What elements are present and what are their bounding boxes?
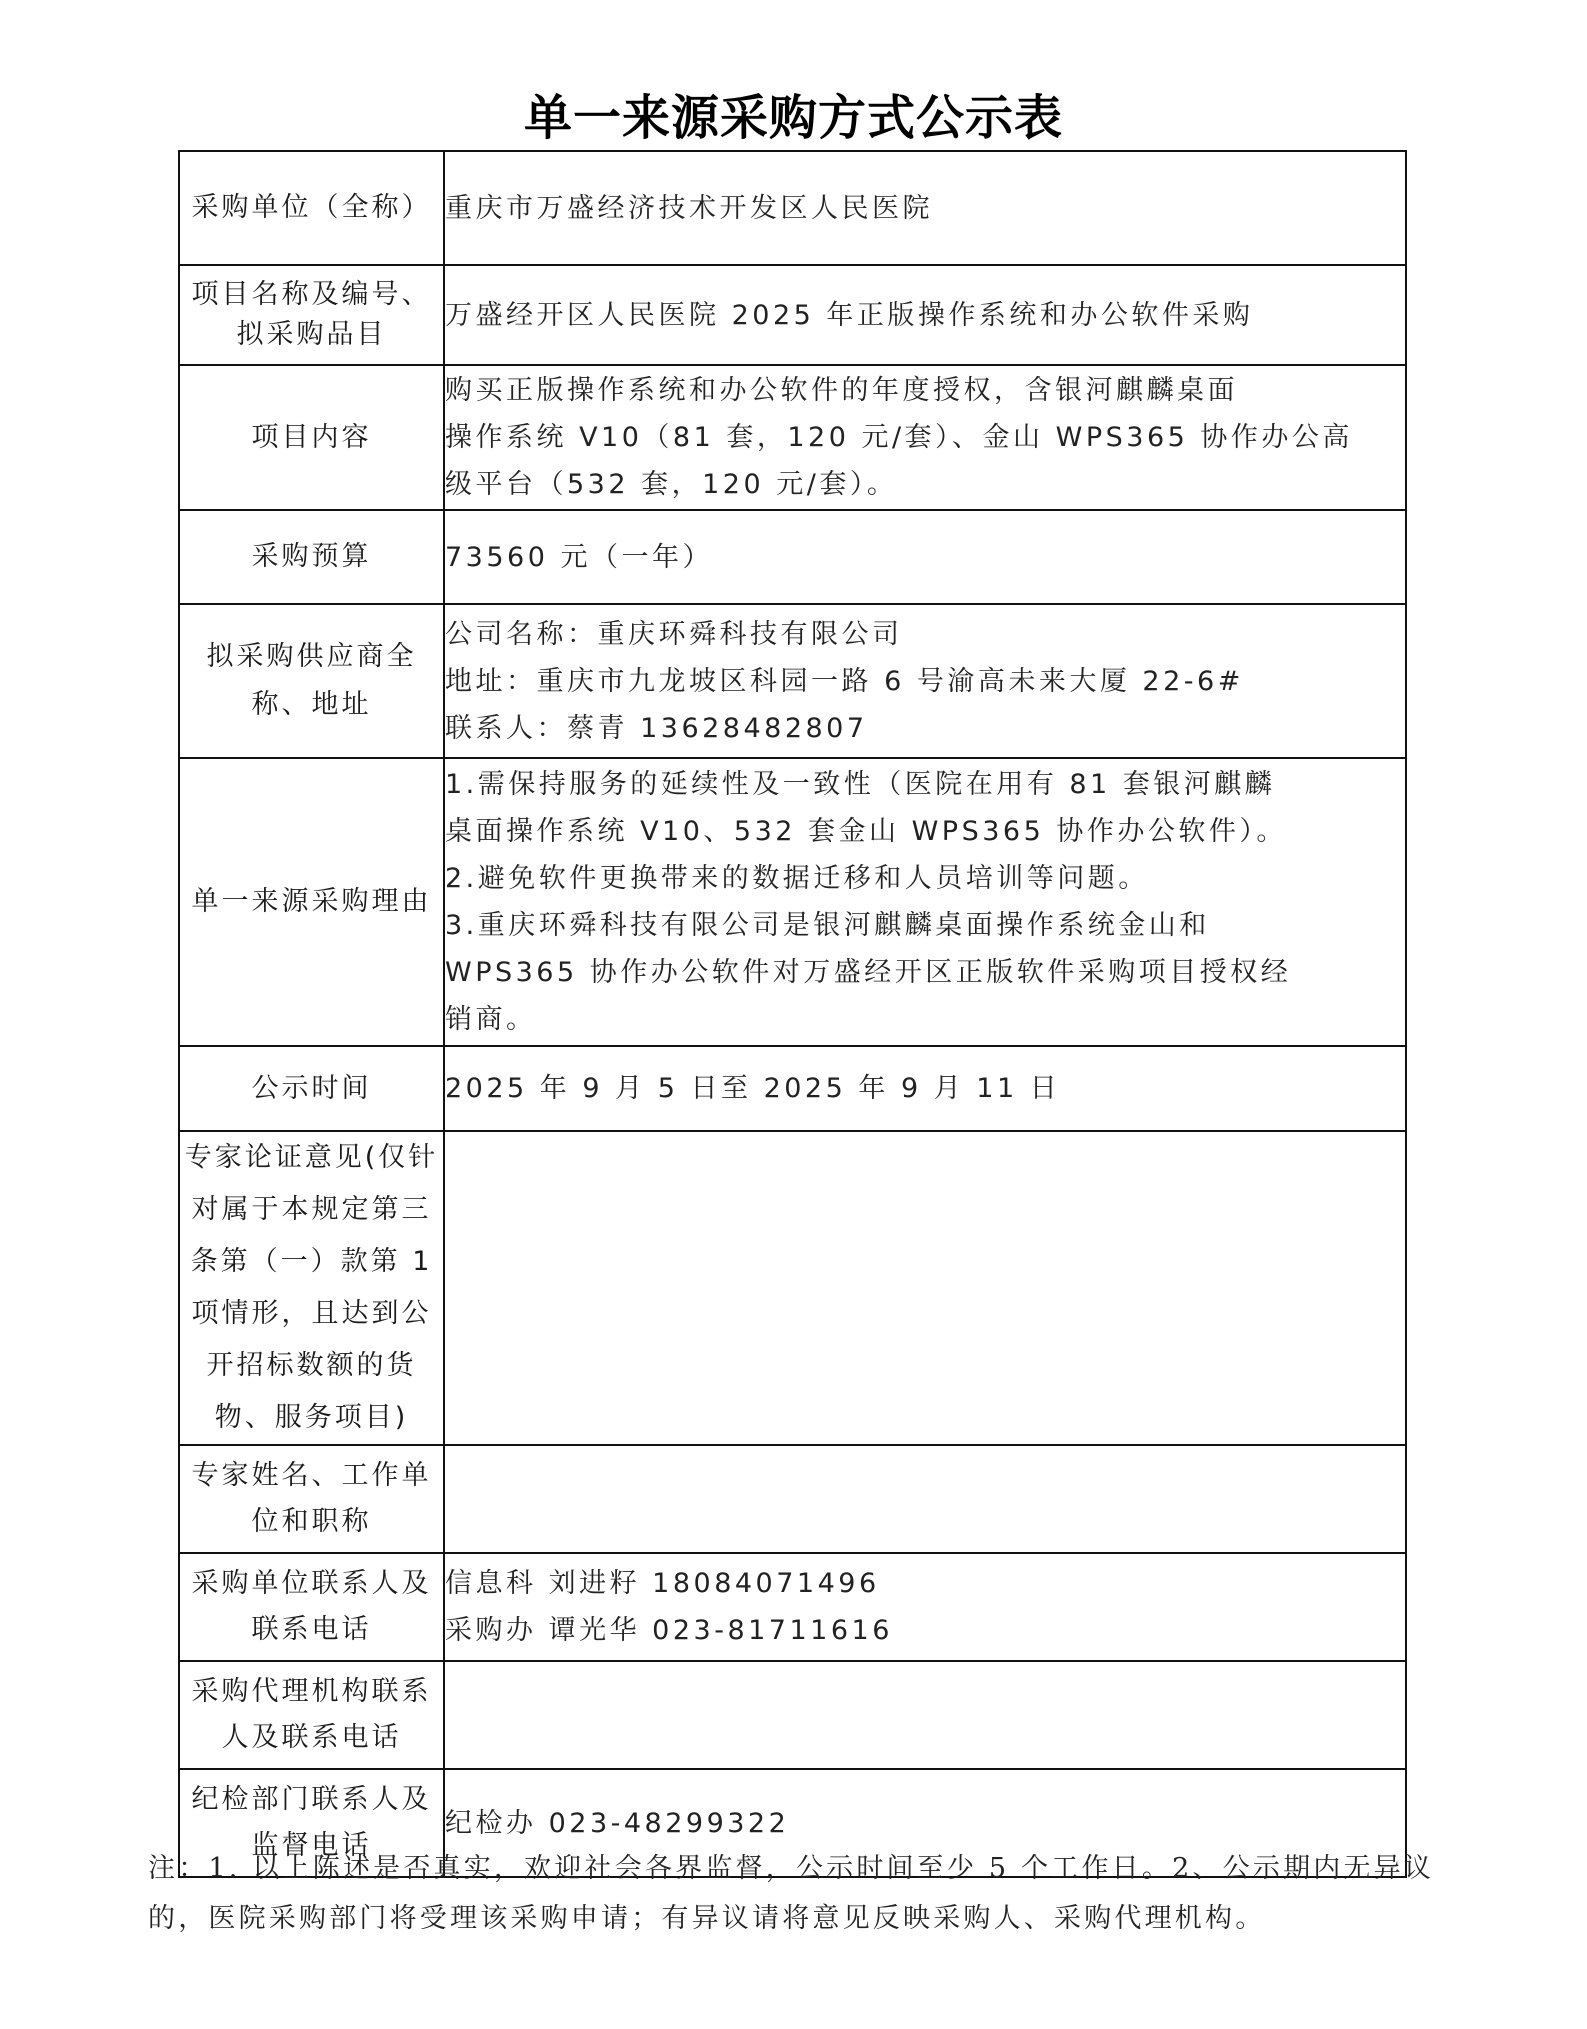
row-label: 项目内容 (179, 365, 444, 510)
value-line: 公司名称：重庆环舜科技有限公司 (445, 611, 1405, 658)
row-value: 73560 元（一年） (444, 510, 1406, 604)
row-value: 重庆市万盛经济技术开发区人民医院 (444, 151, 1406, 265)
table-row-project-name: 项目名称及编号、拟采购品目 万盛经开区人民医院 2025 年正版操作系统和办公软… (179, 265, 1406, 365)
value-line: 3.重庆环舜科技有限公司是银河麒麟桌面操作系统金山和 (445, 902, 1405, 949)
value-line: 桌面操作系统 V10、532 套金山 WPS365 协作办公软件）。 (445, 808, 1405, 855)
table-row-project-content: 项目内容 购买正版操作系统和办公软件的年度授权，含银河麒麟桌面 操作系统 V10… (179, 365, 1406, 510)
row-label: 采购预算 (179, 510, 444, 604)
value-line: 采购办 谭光华 023-81711616 (445, 1607, 1405, 1654)
row-label: 单一来源采购理由 (179, 758, 444, 1046)
row-label: 拟采购供应商全称、地址 (179, 604, 444, 758)
row-label: 专家论证意见(仅针对属于本规定第三条第（一）款第 1 项情形，且达到公开招标数额… (179, 1131, 444, 1445)
value-line: 销商。 (445, 996, 1405, 1043)
value-line: 纪检办 023-48299322 (445, 1800, 1405, 1847)
value-line: 地址：重庆市九龙坡区科园一路 6 号渝高未来大厦 22-6# (445, 658, 1405, 705)
value-line: 级平台（532 套，120 元/套）。 (445, 461, 1405, 508)
value-line: 2.避免软件更换带来的数据迁移和人员培训等问题。 (445, 855, 1405, 902)
row-label: 采购单位联系人及联系电话 (179, 1553, 444, 1661)
table-row-expert-opinion: 专家论证意见(仅针对属于本规定第三条第（一）款第 1 项情形，且达到公开招标数额… (179, 1131, 1406, 1445)
row-label: 公示时间 (179, 1046, 444, 1131)
value-line: 万盛经开区人民医院 2025 年正版操作系统和办公软件采购 (445, 292, 1405, 339)
value-line: 1.需保持服务的延续性及一致性（医院在用有 81 套银河麒麟 (445, 761, 1405, 808)
table-row-supplier: 拟采购供应商全称、地址 公司名称：重庆环舜科技有限公司 地址：重庆市九龙坡区科园… (179, 604, 1406, 758)
row-label: 专家姓名、工作单位和职称 (179, 1445, 444, 1553)
row-value: 公司名称：重庆环舜科技有限公司 地址：重庆市九龙坡区科园一路 6 号渝高未来大厦… (444, 604, 1406, 758)
row-value-empty (444, 1445, 1406, 1553)
value-line: 重庆市万盛经济技术开发区人民医院 (445, 185, 1405, 232)
row-value-empty (444, 1661, 1406, 1769)
row-label: 采购代理机构联系人及联系电话 (179, 1661, 444, 1769)
row-value-empty (444, 1131, 1406, 1445)
row-value: 2025 年 9 月 5 日至 2025 年 9 月 11 日 (444, 1046, 1406, 1131)
table-row-reason: 单一来源采购理由 1.需保持服务的延续性及一致性（医院在用有 81 套银河麒麟 … (179, 758, 1406, 1046)
document-title: 单一来源采购方式公示表 (0, 88, 1587, 148)
row-value: 万盛经开区人民医院 2025 年正版操作系统和办公软件采购 (444, 265, 1406, 365)
table-row-purchaser-contact: 采购单位联系人及联系电话 信息科 刘进籽 18084071496 采购办 谭光华… (179, 1553, 1406, 1661)
value-line: 购买正版操作系统和办公软件的年度授权，含银河麒麟桌面 (445, 367, 1405, 414)
value-line: 信息科 刘进籽 18084071496 (445, 1560, 1405, 1607)
row-value: 购买正版操作系统和办公软件的年度授权，含银河麒麟桌面 操作系统 V10（81 套… (444, 365, 1406, 510)
table-row-purchaser: 采购单位（全称） 重庆市万盛经济技术开发区人民医院 (179, 151, 1406, 265)
row-value: 1.需保持服务的延续性及一致性（医院在用有 81 套银河麒麟 桌面操作系统 V1… (444, 758, 1406, 1046)
row-value: 信息科 刘进籽 18084071496 采购办 谭光华 023-81711616 (444, 1553, 1406, 1661)
row-label: 项目名称及编号、拟采购品目 (179, 265, 444, 365)
footnote: 注：1. 以上陈述是否真实，欢迎社会各界监督，公示时间至少 5 个工作日。2、公… (148, 1844, 1468, 1944)
value-line: 73560 元（一年） (445, 534, 1405, 581)
row-label: 采购单位（全称） (179, 151, 444, 265)
disclosure-table: 采购单位（全称） 重庆市万盛经济技术开发区人民医院 项目名称及编号、拟采购品目 … (178, 150, 1407, 1878)
table-row-agency-contact: 采购代理机构联系人及联系电话 (179, 1661, 1406, 1769)
value-line: 联系人：蔡青 13628482807 (445, 705, 1405, 752)
value-line: WPS365 协作办公软件对万盛经开区正版软件采购项目授权经 (445, 949, 1405, 996)
value-line: 操作系统 V10（81 套，120 元/套）、金山 WPS365 协作办公高 (445, 414, 1405, 461)
value-line: 2025 年 9 月 5 日至 2025 年 9 月 11 日 (445, 1065, 1405, 1112)
table-row-disclosure-period: 公示时间 2025 年 9 月 5 日至 2025 年 9 月 11 日 (179, 1046, 1406, 1131)
table-row-budget: 采购预算 73560 元（一年） (179, 510, 1406, 604)
table-row-expert-info: 专家姓名、工作单位和职称 (179, 1445, 1406, 1553)
